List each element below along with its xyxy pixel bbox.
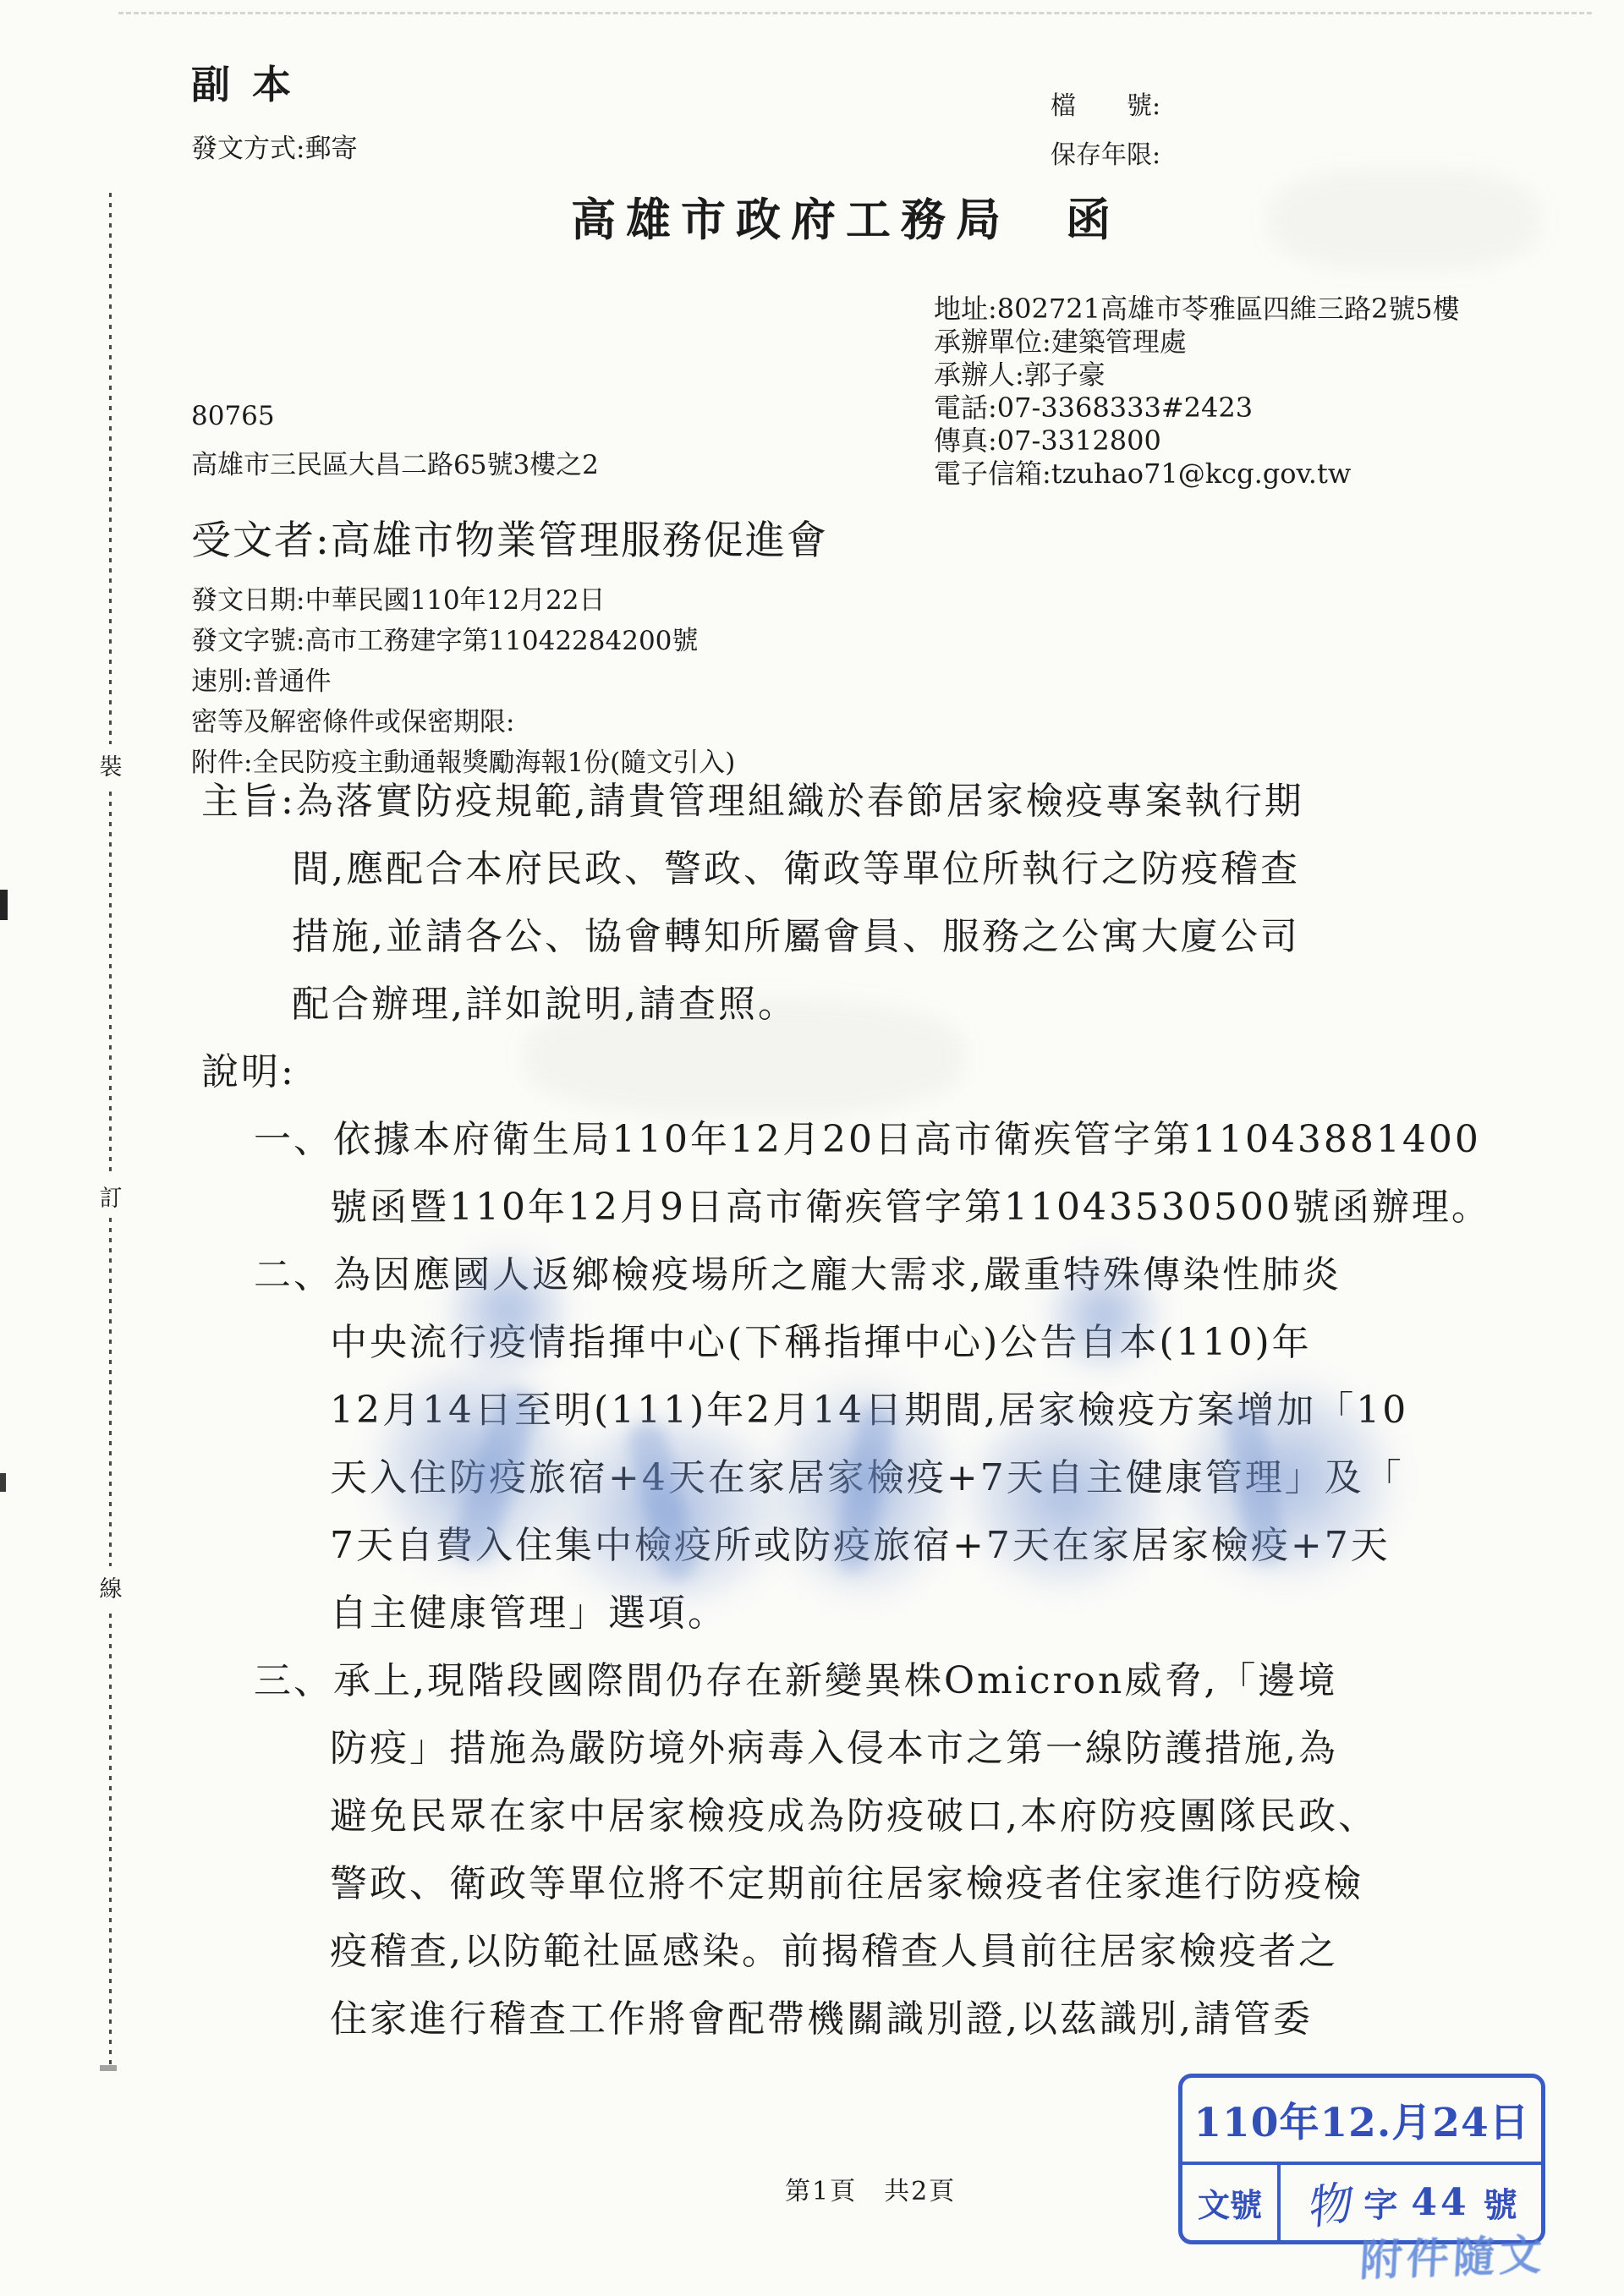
issue-number: 發文字號:高市工務建字第11042284200號	[191, 621, 735, 661]
body-line: 說明:	[201, 1038, 1470, 1106]
agency-address: 地址:802721高雄市苓雅區四維三路2號5樓	[934, 293, 1460, 326]
agency-fax: 傳真:07-3312800	[934, 425, 1460, 458]
send-method-label: 發文方式:郵寄	[191, 127, 357, 165]
agency-email: 電子信箱:tzuhao71@kcg.gov.tw	[934, 458, 1460, 490]
document-title: 高雄市政府工務局 函	[440, 184, 1252, 249]
binding-label-zhuang: 裝	[93, 744, 129, 786]
received-date-stamp: 110年12.月24日 文號 物 字 44 號	[1178, 2074, 1545, 2244]
body-line: 間,應配合本府民政、警政、衛政等單位所執行之防疫稽查	[201, 836, 1470, 903]
body-line: 中央流行疫情指揮中心(下稱指揮中心)公告自本(110)年	[201, 1309, 1470, 1377]
scan-edge-mark	[0, 1473, 6, 1492]
body-line: 住家進行稽查工作將會配帶機關識別證,以茲識別,請管委	[201, 1986, 1470, 2053]
body-line: 號函暨110年12月9日高市衛疾管字第11043530500號函辦理。	[201, 1174, 1470, 1241]
binding-label-ding: 訂	[93, 1175, 129, 1217]
body-line: 一、依據本府衛生局110年12月20日高市衛疾管字第11043881400	[201, 1106, 1470, 1174]
stamp-date: 110年12.月24日	[1182, 2078, 1541, 2165]
stamp-doc-number-label: 文號	[1182, 2165, 1281, 2240]
scan-edge-mark	[100, 2065, 117, 2071]
body-line: 防疫」措施為嚴防境外病毒入侵本市之第一線防護措施,為	[201, 1715, 1470, 1783]
page-number: 第1頁 共2頁	[785, 2170, 956, 2207]
recipient-address: 高雄市三民區大昌二路65號3樓之2	[191, 443, 599, 481]
stamp-number: 44	[1411, 2181, 1469, 2224]
body-line: 二、為因應國人返鄉檢疫場所之龐大需求,嚴重特殊傳染性肺炎	[201, 1241, 1470, 1309]
body-line: 主旨:為落實防疫規範,請貴管理組織於春節居家檢疫專案執行期	[201, 768, 1470, 836]
retention-period-label: 保存年限:	[1051, 134, 1160, 171]
scanned-official-letter: 副本 發文方式:郵寄 檔 號: 保存年限: 高雄市政府工務局 函 地址:8027…	[0, 0, 1624, 2296]
document-meta-block: 發文日期:中華民國110年12月22日 發文字號:高市工務建字第11042284…	[191, 580, 735, 783]
stamp-type-char: 字	[1363, 2178, 1397, 2227]
scan-edge-noise	[118, 12, 1592, 14]
stamp-handwritten-char: 物	[1299, 2167, 1356, 2238]
ghost-bleed	[1269, 169, 1539, 271]
agency-phone: 電話:07-3368333#2423	[934, 392, 1460, 425]
copy-label: 副本	[191, 54, 313, 110]
recipient-zip: 80765	[191, 401, 275, 431]
attachment-follows-stamp: 附件隨文	[1358, 2221, 1548, 2288]
body-line: 疫稽查,以防範社區感染。前揭稽查人員前往居家檢疫者之	[201, 1918, 1470, 1986]
body-line: 配合辦理,詳如說明,請查照。	[201, 971, 1470, 1038]
scan-edge-mark	[0, 890, 8, 920]
binding-dotted-line	[109, 193, 112, 2066]
agency-contact-block: 地址:802721高雄市苓雅區四維三路2號5樓 承辦單位:建築管理處 承辦人:郭…	[934, 293, 1460, 490]
speed-class: 速別:普通件	[191, 661, 735, 702]
body-line: 三、承上,現階段國際間仍存在新變異株Omicron威脅,「邊境	[201, 1647, 1470, 1715]
body-line: 措施,並請各公、協會轉知所屬會員、服務之公寓大廈公司	[201, 903, 1470, 971]
file-number-label: 檔 號:	[1051, 85, 1160, 122]
binding-label-xian: 線	[93, 1566, 129, 1608]
issue-date: 發文日期:中華民國110年12月22日	[191, 580, 735, 621]
agency-unit: 承辦單位:建築管理處	[934, 326, 1460, 359]
agency-contact-person: 承辦人:郭子豪	[934, 359, 1460, 392]
security-class: 密等及解密條件或保密期限:	[191, 702, 735, 743]
recipient-line: 受文者:高雄市物業管理服務促進會	[191, 509, 828, 566]
stamp-unit-char: 號	[1484, 2178, 1517, 2227]
body-line: 避免民眾在家中居家檢疫成為防疫破口,本府防疫團隊民政、	[201, 1783, 1470, 1850]
body-line: 警政、衛政等單位將不定期前往居家檢疫者住家進行防疫檢	[201, 1850, 1470, 1918]
